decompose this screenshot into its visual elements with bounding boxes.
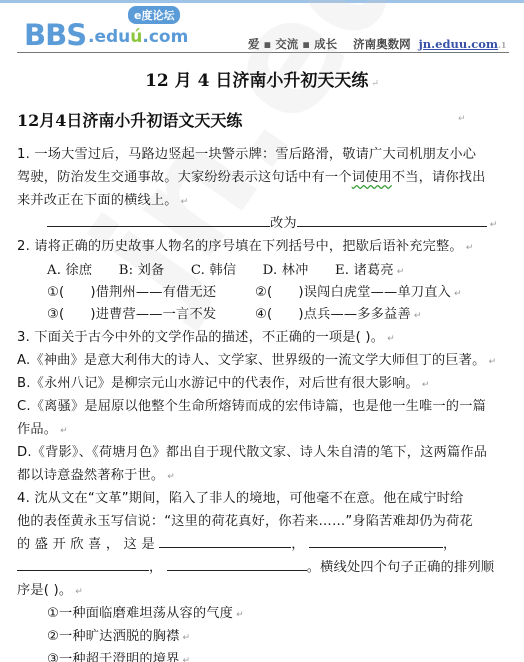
q4-item-2: ②一种旷达洒脱的胸襟↵ [47,625,190,644]
q3-stem: 3. 下面关于古今中外的文学作品的描述，不正确的一项是( )。↵ [17,326,395,345]
q3-option-d-line1: D.《背影》、《荷塘月色》都出自于现代散文家、诗人朱自清的笔下，这两篇作品 [17,441,487,460]
header-slogan: 爱 ▪ 交流 ▪ 成长 济南奥数网 jn.eduu.com.1 [248,36,506,52]
q3-option-b: B.《永州八记》是柳宗元山水游记中的代表作，对后世有很大影响。↵ [17,372,430,391]
q1-answer-line: 改为↵ [47,212,498,231]
document-title: 12 月 4 日济南小升初天天练↵ [0,66,524,91]
site-name: 济南奥数网 [353,37,411,51]
q3-option-c-line1: C.《离骚》是屈原以他整个生命所熔铸而成的宏伟诗篇，也是他一生唯一的一篇 [17,395,486,414]
q3-option-a: A.《神曲》是意大利伟大的诗人、文学家、世界级的一流文学大师但丁的巨著。↵ [17,349,496,368]
q1-line1: 1. 一场大雪过后，马路边竖起一块警示牌：雪后路滑，敬请广大司机朋友小心 [17,143,476,162]
logo-domain-text: .eduú.com [88,27,188,47]
q1-line3: 来并改正在下面的横线上。↵ [17,189,188,208]
answer-blank-1[interactable] [159,535,291,548]
page-header: BBS .eduú.com e度论坛 爱 ▪ 交流 ▪ 成长 济南奥数网 jn.… [0,0,524,56]
header-divider [17,52,509,53]
q3-option-c-line2: 作品。↵ [17,418,68,437]
q2-stem: 2. 请将正确的历史故事人物名的序号填在下列括号中，把歇后语补充完整。↵ [17,235,474,254]
q2-options: A. 徐庶 B: 刘备 C. 韩信 D. 林冲 E. 诸葛亮↵ [47,259,405,278]
q2-option-d: D. 林冲 [263,263,309,278]
answer-blank-2[interactable] [309,535,443,548]
grammar-squiggle: 词使用 [352,170,392,185]
answer-blank-correct[interactable] [297,214,487,227]
q4-line5: 序是( )。↵ [17,579,83,598]
paragraph-mark-icon: .1 [498,40,506,50]
section-title: 12月4日济南小升初语文天天练 [17,108,242,131]
site-url-link[interactable]: jn.eduu.com [419,37,498,51]
q2-option-c: C. 韩信 [191,263,236,278]
logo-forum-bubble: e度论坛 [128,6,180,24]
slogan-text: 爱 ▪ 交流 ▪ 成长 [248,37,337,51]
answer-blank-wrong[interactable] [47,214,270,227]
q4-item-1: ①一种面临磨难坦荡从容的气度↵ [47,602,244,621]
q2-item-2: ②()误闯白虎堂——单刀直入↵ [255,281,462,300]
answer-blank-3[interactable] [17,558,149,571]
q2-option-a: A. 徐庶 [47,263,92,278]
q3-option-d-line2: 都以诗意盎然著称于世。↵ [17,464,175,483]
change-to-label: 改为 [270,216,297,231]
answer-blank-4[interactable] [167,558,307,571]
paragraph-mark-icon: ↵ [458,114,466,124]
q2-item-4: ④()点兵——多多益善↵ [255,303,422,322]
q4-line4: ， 。横线处四个句子正确的排列顺 [17,556,494,575]
q4-line1: 4. 沈从文在“文革”期间，陷入了非人的境地，可他毫不在意。他在咸宁时给 [17,487,463,506]
q1-line2: 驾驶，防治发生交通事故。大家纷纷表示这句话中有一个词使用不当，请你找出 [17,166,486,185]
q4-line3: 的 盛 开 欣 喜 ， 这 是 ， ， [17,533,456,552]
q2-item-3: ③()进曹营——一言不发 [47,303,216,322]
q2-option-e: E. 诸葛亮 [335,263,394,278]
q2-option-b: B: 刘备 [119,263,165,278]
logo-bbs-text: BBS [24,18,86,52]
q2-item-1: ①()借荆州——有借无还 [47,281,216,300]
paragraph-mark-icon: ↵ [371,79,379,89]
q4-item-3: ③一种超于澄明的境界↵ [47,648,190,662]
q4-line2: 他的表侄黄永玉写信说：“这里的荷花真好，你若来……”身陷苦难却仍为荷花 [17,510,473,529]
